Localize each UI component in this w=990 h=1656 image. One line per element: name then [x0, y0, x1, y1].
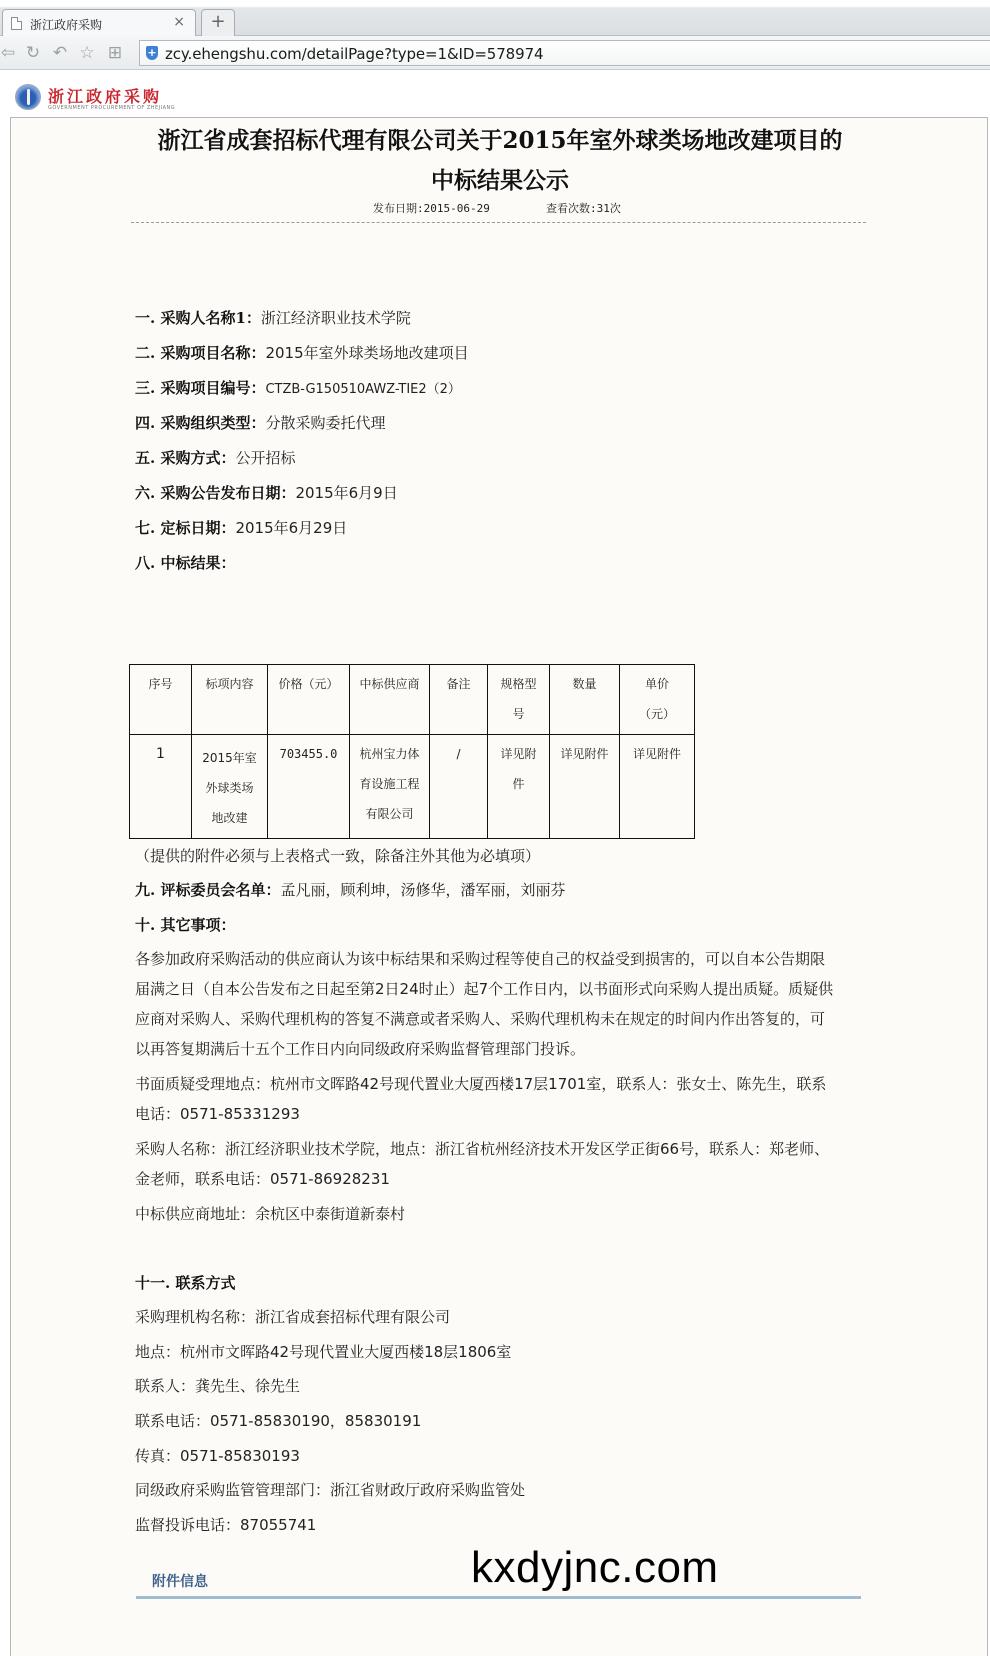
page: 浙江政府采购 GOVERNMENT PROCUREMENT OF ZHEJIAN… — [0, 71, 990, 1656]
header-cell: 备注 — [430, 665, 488, 735]
item-contact-heading: 十一. 联系方式 — [135, 1273, 235, 1293]
contact-supervisor: 同级政府采购监管管理部门：浙江省财政厅政府采购监管处 — [135, 1475, 835, 1505]
item-result-heading: 八. 中标结果： — [135, 553, 235, 573]
back-icon[interactable]: ⇦ — [0, 42, 19, 64]
contact-agency: 采购理机构名称：浙江省成套招标代理有限公司 — [135, 1302, 835, 1332]
table-note: （提供的附件必须与上表格式一致，除备注外其他为必填项） — [135, 845, 540, 866]
item-award-date: 七. 定标日期：2015年6月29日 — [135, 518, 347, 538]
contact-fax: 传真：0571-85830193 — [135, 1441, 835, 1471]
grid-icon[interactable]: ⊞ — [104, 42, 126, 64]
tab-active[interactable]: 浙江政府采购 × — [2, 9, 196, 37]
cell-price: 703455.0 — [268, 735, 350, 839]
page-title: 浙江省成套招标代理有限公司关于2015年室外球类场地改建项目的 中标结果公示 — [11, 121, 989, 201]
header-cell: 中标供应商 — [350, 665, 430, 735]
contact-phone: 联系电话：0571-85830190，85830191 — [135, 1406, 835, 1436]
cell-index: 1 — [130, 735, 192, 839]
tab-bar: 浙江政府采购 × + — [0, 0, 990, 36]
cell-quantity: 详见附件 — [550, 735, 620, 839]
address-bar[interactable]: + zcy.ehengshu.com/detailPage?type=1&ID=… — [139, 40, 990, 66]
watermark: kxdyjnc.com — [471, 1543, 719, 1593]
title-line-1: 浙江省成套招标代理有限公司关于2015年室外球类场地改建项目的 — [11, 121, 989, 161]
item-announce-date: 六. 采购公告发布日期：2015年6月9日 — [135, 483, 398, 503]
article-container: 浙江省成套招标代理有限公司关于2015年室外球类场地改建项目的 中标结果公示 发… — [10, 117, 988, 1656]
item-org-type: 四. 采购组织类型：分散采购委托代理 — [135, 413, 385, 433]
navigation-bar: ⇦ ↻ ↶ ☆ ⊞ + zcy.ehengshu.com/detailPage?… — [0, 36, 990, 70]
view-count: 查看次数:31次 — [546, 200, 621, 216]
reload-icon[interactable]: ↻ — [22, 42, 44, 64]
page-icon — [11, 17, 22, 30]
new-tab-button[interactable]: + — [201, 9, 235, 36]
divider — [131, 222, 866, 223]
undo-icon[interactable]: ↶ — [49, 42, 71, 64]
item-committee: 九. 评标委员会名单：孟凡丽，顾利坤，汤修华，潘军丽，刘丽芬 — [135, 880, 565, 900]
emblem-icon — [15, 84, 41, 110]
header-cell: 标项内容 — [192, 665, 268, 735]
item-project-number: 三. 采购项目编号：CTZB-G150510AWZ-TIE2（2） — [135, 378, 461, 400]
result-table: 序号 标项内容 价格（元） 中标供应商 备注 规格型号 数量 单价（元） 1 2… — [129, 664, 695, 839]
contact-person: 联系人：龚先生、徐先生 — [135, 1371, 835, 1401]
table-row: 1 2015年室外球类场地改建 703455.0 杭州宝力体育设施工程有限公司 … — [130, 735, 695, 839]
cell-remark: / — [430, 735, 488, 839]
url-text[interactable]: zcy.ehengshu.com/detailPage?type=1&ID=57… — [165, 45, 543, 63]
tab-title: 浙江政府采购 — [30, 16, 102, 33]
item-project-name: 二. 采购项目名称：2015年室外球类场地改建项目 — [135, 343, 469, 363]
header-cell: 单价（元） — [620, 665, 695, 735]
complaint-paragraph: 各参加政府采购活动的供应商认为该中标结果和采购过程等使自己的权益受到损害的，可以… — [135, 944, 835, 1064]
shield-icon: + — [146, 46, 158, 60]
cell-unit-price: 详见附件 — [620, 735, 695, 839]
contact-address: 地点：杭州市文晖路42号现代置业大厦西楼18层1806室 — [135, 1337, 835, 1367]
logo-subtitle: GOVERNMENT PROCUREMENT OF ZHEJIANG — [48, 105, 175, 111]
cell-spec: 详见附件 — [488, 735, 550, 839]
cell-content: 2015年室外球类场地改建 — [192, 735, 268, 839]
purchaser-info: 采购人名称：浙江经济职业技术学院，地点：浙江省杭州经济技术开发区学正街66号，联… — [135, 1134, 835, 1194]
attachment-divider — [136, 1596, 861, 1599]
publish-date: 发布日期:2015-06-29 — [373, 200, 490, 216]
header-cell: 序号 — [130, 665, 192, 735]
item-purchaser: 一. 采购人名称1：浙江经济职业技术学院 — [135, 308, 411, 328]
title-line-2: 中标结果公示 — [11, 161, 989, 201]
cell-supplier: 杭州宝力体育设施工程有限公司 — [350, 735, 430, 839]
challenge-address: 书面质疑受理地点：杭州市文晖路42号现代置业大厦西楼17层1701室，联系人：张… — [135, 1069, 835, 1129]
supplier-address: 中标供应商地址：余杭区中泰街道新泰村 — [135, 1199, 835, 1229]
close-tab-icon[interactable]: × — [173, 14, 185, 30]
star-icon[interactable]: ☆ — [76, 42, 98, 64]
attachment-heading: 附件信息 — [152, 1571, 208, 1591]
header-cell: 数量 — [550, 665, 620, 735]
contact-complaint-phone: 监督投诉电话：87055741 — [135, 1510, 835, 1540]
item-method: 五. 采购方式：公开招标 — [135, 448, 295, 468]
table-header-row: 序号 标项内容 价格（元） 中标供应商 备注 规格型号 数量 单价（元） — [130, 665, 695, 735]
header-cell: 价格（元） — [268, 665, 350, 735]
header-cell: 规格型号 — [488, 665, 550, 735]
logo-text: 浙江政府采购 — [48, 84, 162, 107]
item-other-heading: 十. 其它事项： — [135, 915, 235, 935]
site-logo[interactable]: 浙江政府采购 GOVERNMENT PROCUREMENT OF ZHEJIAN… — [15, 84, 175, 116]
